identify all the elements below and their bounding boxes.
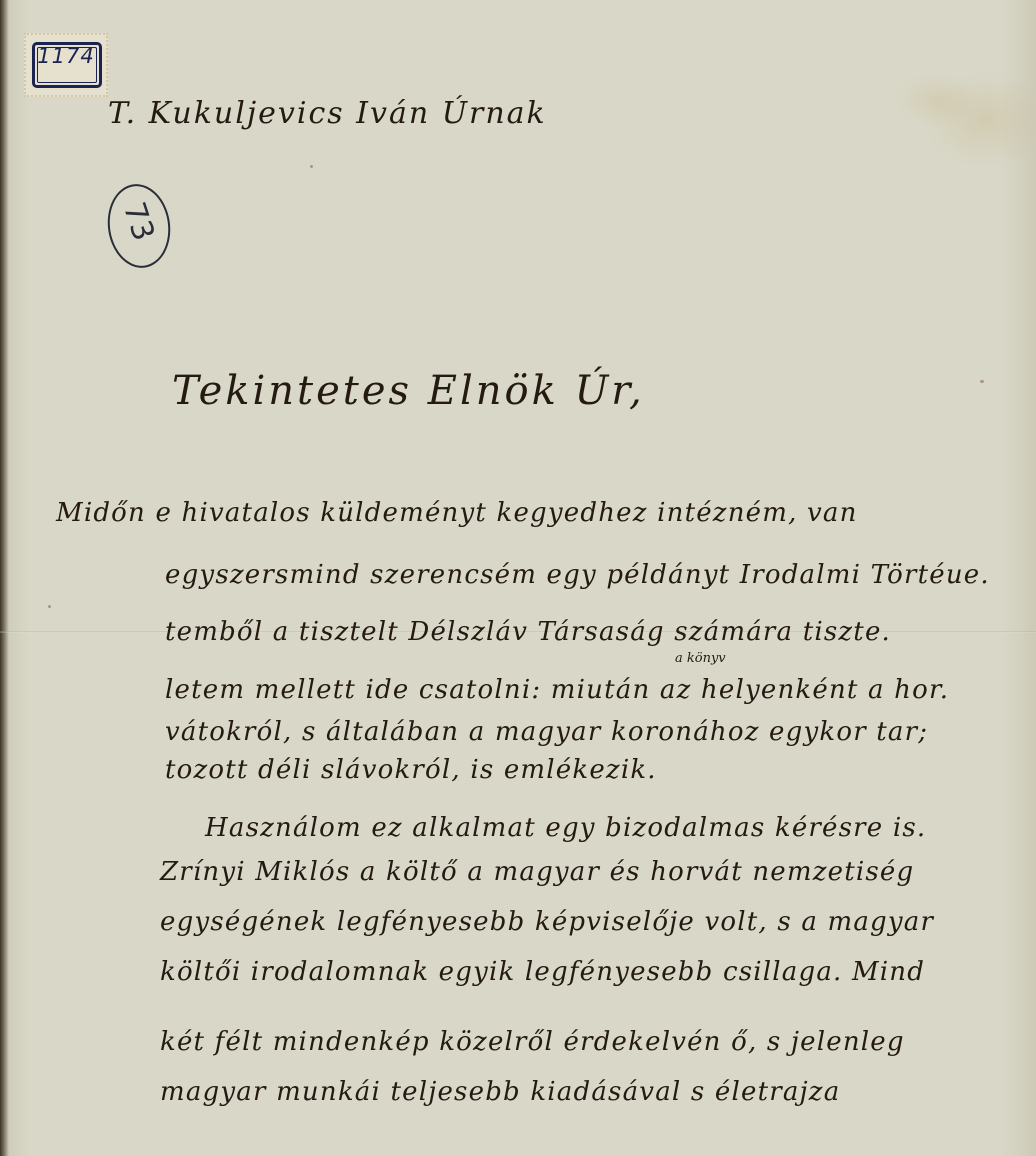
body-line-paragraph-start: Használom ez alkalmat egy bizodalmas kér… xyxy=(205,813,926,843)
paper-speck xyxy=(980,380,984,383)
folio-number: 73 xyxy=(113,189,164,255)
body-line: Zrínyi Miklós a költő a magyar és horvát… xyxy=(160,857,914,887)
body-line: Midőn e hivatalos küldeményt kegyedhez i… xyxy=(56,498,858,528)
salutation: Tekintetes Elnök Úr, xyxy=(172,368,645,414)
folio-number-circle: 73 xyxy=(102,180,175,272)
body-line: tozott déli slávokról, is emlékezik. xyxy=(165,755,657,785)
archive-number: 1174 xyxy=(26,44,106,68)
body-line: egyszersmind szerencsém egy példányt Iro… xyxy=(165,560,990,590)
interlinear-insertion: a könyv xyxy=(675,651,726,666)
body-line: két félt mindenkép közelről érdekelvén ő… xyxy=(160,1027,905,1057)
body-line: temből a tisztelt Délszláv Társaság szám… xyxy=(165,617,891,647)
archive-label: 1174 xyxy=(24,33,108,97)
addressee-line: T. Kukuljevics Iván Úrnak xyxy=(108,96,547,131)
body-line: költői irodalomnak egyik legfényesebb cs… xyxy=(160,957,925,987)
body-line: egységének legfényesebb képviselője volt… xyxy=(160,907,934,937)
body-line: magyar munkái teljesebb kiadásával s éle… xyxy=(160,1077,840,1107)
body-line: vátokról, s általában a magyar koronához… xyxy=(165,717,928,747)
manuscript-page: 1174 T. Kukuljevics Iván Úrnak 73 Tekint… xyxy=(0,0,1036,1156)
paper-speck xyxy=(48,605,51,608)
paper-speck xyxy=(310,165,313,168)
body-line: letem mellett ide csatolni: miután az he… xyxy=(165,675,949,705)
